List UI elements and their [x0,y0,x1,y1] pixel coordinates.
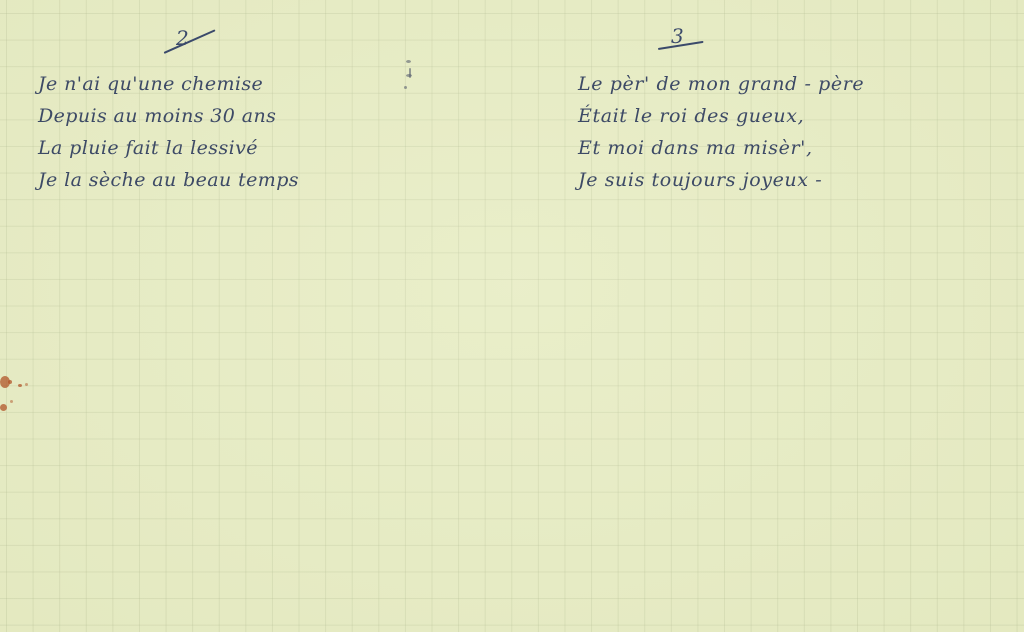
stanza-number-underline [164,29,216,54]
lyric-line: Je n'ai qu'une chemise [38,68,299,100]
stanza-lines: Le pèr' de mon grand - père Était le roi… [578,68,864,196]
rust-stain [0,370,50,430]
lyric-line: La pluie fait la lessivé [38,132,299,164]
lyric-line: Était le roi des gueux, [578,100,864,132]
lyric-line: Depuis au moins 30 ans [38,100,299,132]
lyric-line: Le pèr' de mon grand - père [578,68,864,100]
lyric-line: Et moi dans ma misèr', [578,132,864,164]
stanza-lines: Je n'ai qu'une chemise Depuis au moins 3… [38,68,299,196]
graph-paper-page: 2 Je n'ai qu'une chemise Depuis au moins… [0,0,1024,632]
lyric-line: Je la sèche au beau temps [38,164,299,196]
lyric-line: Je suis toujours joyeux - [578,164,864,196]
ink-mark [404,60,414,90]
